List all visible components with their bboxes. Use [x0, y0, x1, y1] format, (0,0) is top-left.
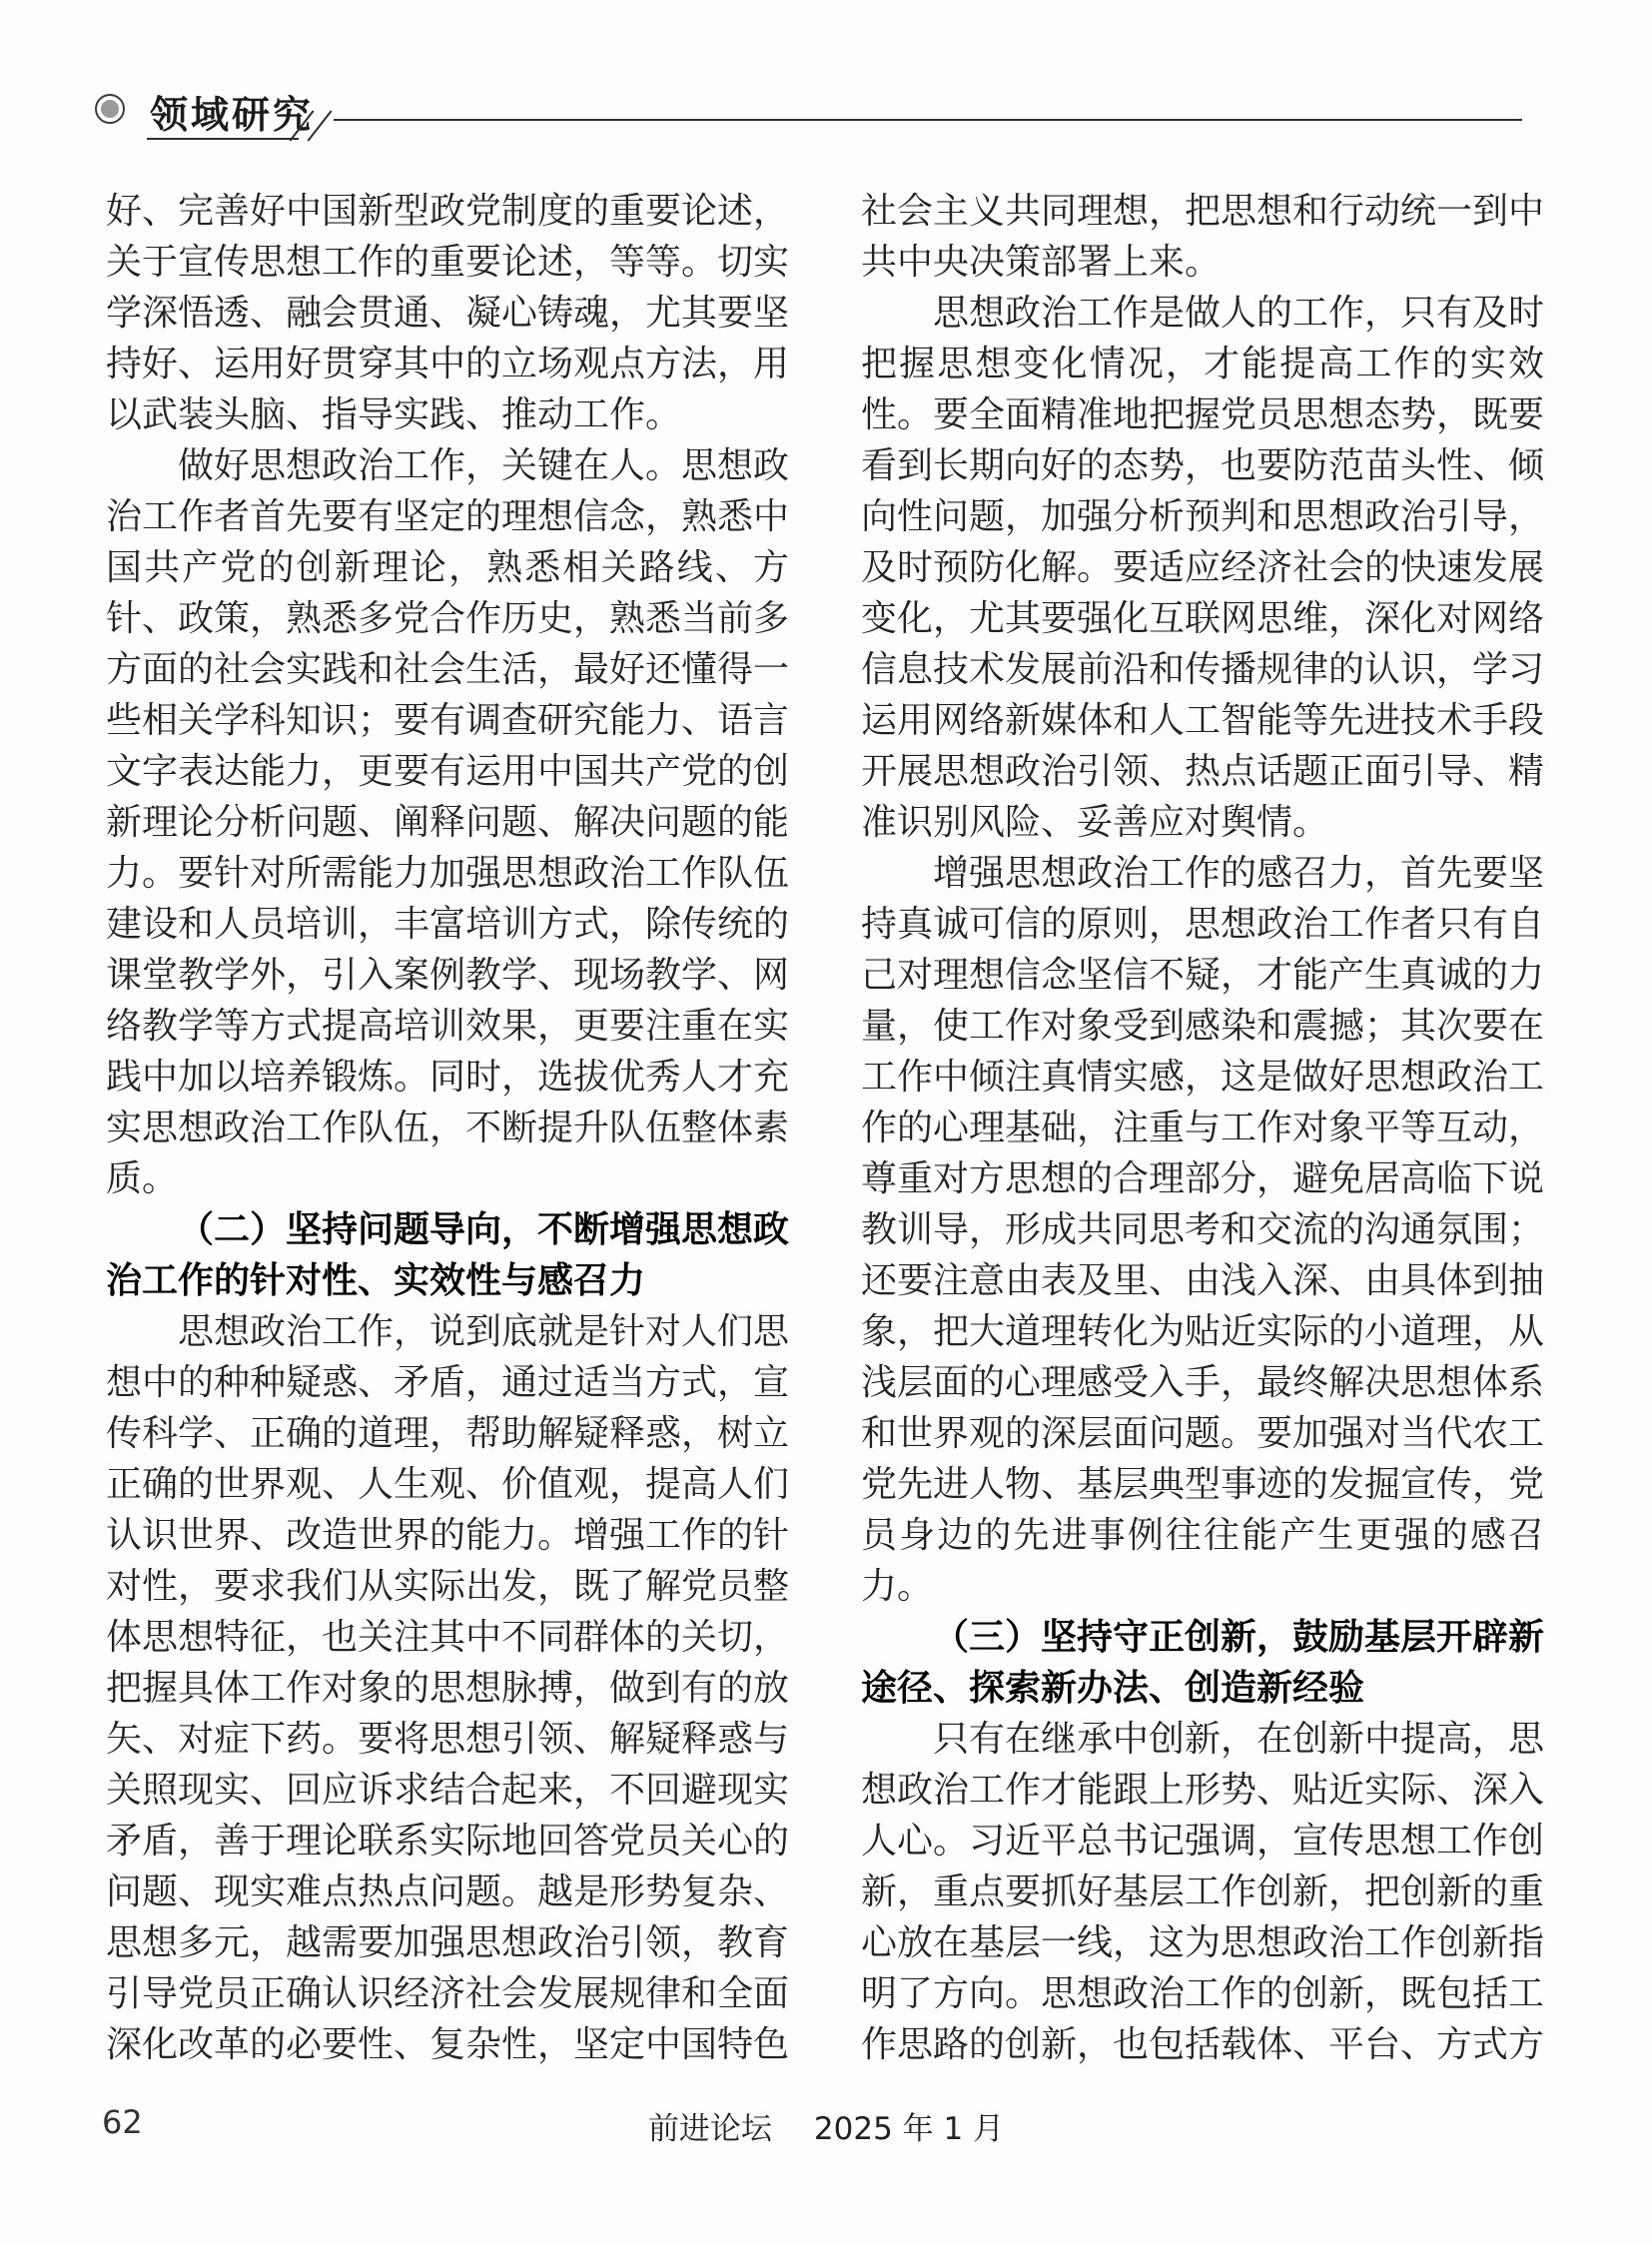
paragraph: 思想政治工作是做人的工作，只有及时把握思想变化情况，才能提高工作的实效性。要全面… [861, 288, 1544, 848]
footer-journal-line: 前进论坛 2025 年 1 月 [0, 2103, 1652, 2148]
journal-page: 领域研究 好、完善好中国新型政党制度的重要论述，关于宣传思想工作的重要论述，等等… [0, 0, 1652, 2242]
left-column: 好、完善好中国新型政党制度的重要论述，关于宣传思想工作的重要论述，等等。切实学深… [106, 186, 789, 2070]
paragraph: 增强思想政治工作的感召力，首先要坚持真诚可信的原则，思想政治工作者只有自己对理想… [861, 848, 1544, 1612]
journal-name: 前进论坛 [648, 2103, 772, 2148]
paragraph: 思想政治工作，说到底就是针对人们思想中的种种疑惑、矛盾，通过适当方式，宣传科学、… [106, 1306, 789, 2070]
paragraph: 只有在继承中创新，在创新中提高，思想政治工作才能跟上形势、贴近实际、深入人心。习… [861, 1714, 1544, 2070]
paragraph-continuation: 好、完善好中国新型政党制度的重要论述，关于宣传思想工作的重要论述，等等。切实学深… [106, 186, 789, 440]
header-underline [147, 138, 299, 140]
section-heading-2: （二）坚持问题导向，不断增强思想政治工作的针对性、实效性与感召力 [106, 1204, 789, 1306]
section-heading-3: （三）坚持守正创新，鼓励基层开辟新途径、探索新办法、创造新经验 [861, 1612, 1544, 1714]
paragraph: 做好思想政治工作，关键在人。思想政治工作者首先要有坚定的理想信念，熟悉中国共产党… [106, 440, 789, 1204]
section-bullet-icon [95, 94, 125, 124]
section-bullet-dot [101, 100, 119, 118]
issue-date: 2025 年 1 月 [814, 2103, 1004, 2148]
header-rule [334, 119, 1522, 121]
paragraph-continuation: 社会主义共同理想，把思想和行动统一到中共中央决策部署上来。 [861, 186, 1544, 288]
section-label: 领域研究 [150, 84, 314, 139]
article-body: 好、完善好中国新型政党制度的重要论述，关于宣传思想工作的重要论述，等等。切实学深… [106, 186, 1544, 2070]
right-column: 社会主义共同理想，把思想和行动统一到中共中央决策部署上来。 思想政治工作是做人的… [861, 186, 1544, 2070]
